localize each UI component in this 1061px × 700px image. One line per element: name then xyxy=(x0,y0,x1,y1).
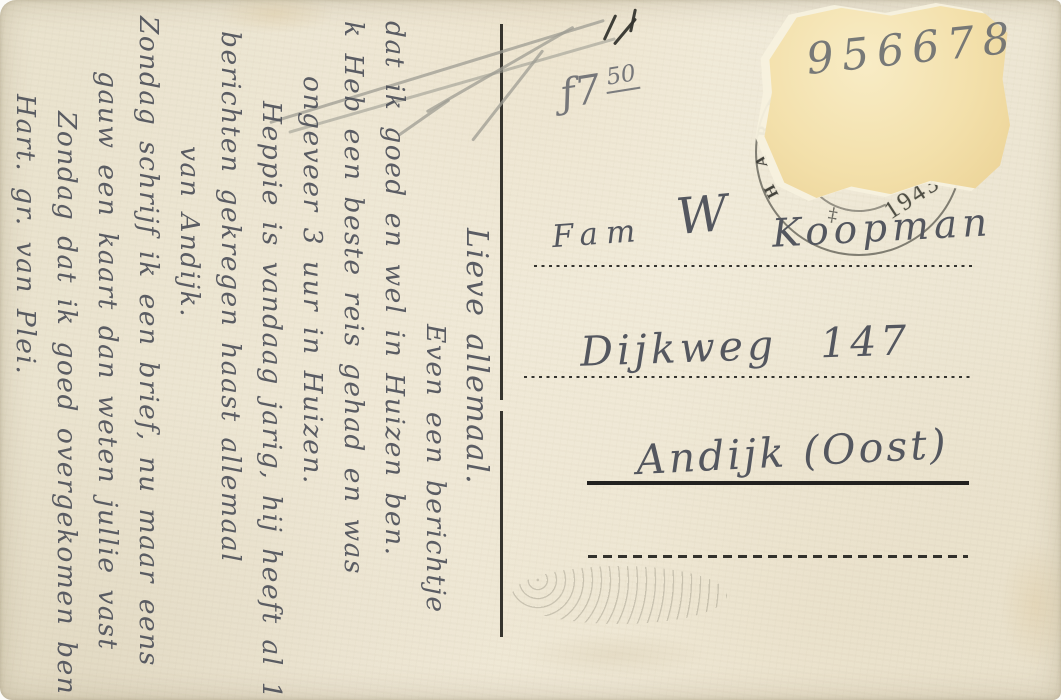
message-line: Hart. gr. van Plei. xyxy=(5,6,46,694)
address-rule-2 xyxy=(524,376,970,378)
paper-stain xyxy=(520,632,710,678)
message-line: dat ik goed en wel in Huizen ben. xyxy=(374,6,415,694)
price-cents: 50 xyxy=(603,60,640,94)
handwritten-message: Lieve allemaal. Even een berichtje dat i… xyxy=(0,6,497,694)
message-line: berichten gekregen haast allemaal xyxy=(210,6,251,694)
price-guilders: ƒ7 xyxy=(557,66,604,118)
paper-stain xyxy=(1000,540,1061,670)
address-initial: W xyxy=(674,184,730,246)
message-line: ongeveer 3 uur in Huizen. xyxy=(292,6,333,694)
address-rule-4 xyxy=(588,555,968,558)
message-line: Zondag schrijf ik een brief, nu maar een… xyxy=(128,6,169,694)
message-line: van Andijk. xyxy=(169,6,210,694)
message-line: Lieve allemaal. xyxy=(456,6,497,694)
message-line: Heppie is vandaag jarig, hij heeft al 12 xyxy=(251,6,292,694)
message-line: gauw een kaart dan weten jullie vast xyxy=(87,6,128,694)
postcard-scan: H A R E 1943 ‡ 956678 ƒ750 Lieve allemaa… xyxy=(0,0,1061,700)
paper-speckles xyxy=(512,566,727,624)
message-line: Zondag dat ik goed overgekomen ben xyxy=(46,6,87,694)
divider-line-lower xyxy=(500,411,503,637)
divider-line-upper xyxy=(500,24,503,400)
address-family-label: Fam xyxy=(551,213,645,255)
address-rule-1 xyxy=(534,265,972,267)
message-line: Even een berichtje xyxy=(415,6,456,694)
message-line: k Heb een beste reis gehad en was xyxy=(333,6,374,694)
